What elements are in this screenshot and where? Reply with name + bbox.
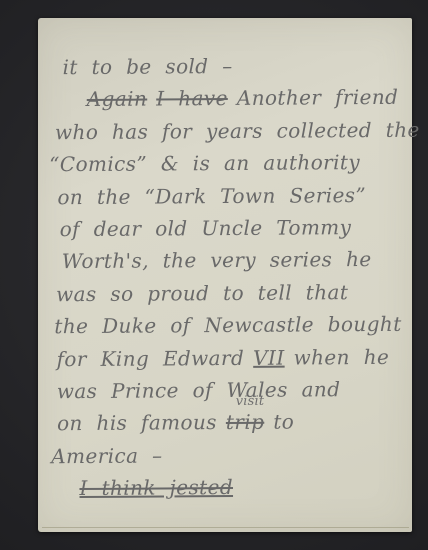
letter-word-segment: when he xyxy=(293,345,389,370)
letter-line: on his famoustripvisitto xyxy=(57,405,407,440)
letter-word-segment: it to be sold – xyxy=(62,54,232,79)
underlined-text: VII xyxy=(253,345,285,369)
inserted-word: visit xyxy=(236,395,265,408)
letter-word-segment: on the “Dark Town Series” xyxy=(57,183,366,209)
struck-text: I have xyxy=(156,86,228,110)
letter-word-segment: America – xyxy=(51,443,162,468)
letter-word-segment: the Duke of Newcastle bought xyxy=(54,312,401,338)
photo-background: it to be sold –AgainI haveAnother friend… xyxy=(0,0,428,550)
struck-text: tripvisit xyxy=(226,410,265,434)
struck-text: Again xyxy=(87,87,148,111)
letter-line: the Duke of Newcastle bought xyxy=(54,308,406,343)
struck-text: I think jested xyxy=(79,475,233,500)
letter-line: “Comics” & is an authority xyxy=(49,146,405,181)
letter-line: of dear old Uncle Tommy xyxy=(60,211,406,246)
photo-canvas: { "photo": { "background_color": "#23232… xyxy=(0,0,428,550)
letter-line: it to be sold – xyxy=(62,49,404,84)
letter-word-segment: “Comics” & is an authority xyxy=(49,150,360,176)
letter-line: Worth's, the very series he xyxy=(62,243,406,278)
letter-line: who has for years collected the xyxy=(55,114,405,149)
letter-word-segment: for King Edward xyxy=(56,346,244,371)
letter-text: it to be sold –AgainI haveAnother friend… xyxy=(48,49,407,505)
letter-word-segment: was Prince of Wales and xyxy=(57,377,341,403)
letter-word-segment: who has for years collected the xyxy=(55,117,420,144)
letter-word-segment: of dear old Uncle Tommy xyxy=(60,215,352,241)
letter-word-segment: Another friend xyxy=(237,85,399,110)
letter-word-segment: was so proud to tell that xyxy=(56,280,348,306)
letter-word-segment: Worth's, the very series he xyxy=(62,247,372,273)
letter-line: AgainI haveAnother friend xyxy=(87,81,405,116)
letter-line: on the “Dark Town Series” xyxy=(57,178,405,213)
letter-word-segment: to xyxy=(273,410,294,434)
letter-page: it to be sold –AgainI haveAnother friend… xyxy=(38,18,412,532)
letter-line: for King EdwardVIIwhen he xyxy=(56,340,406,375)
letter-word-segment: on his famous xyxy=(57,411,217,436)
letter-line: America – xyxy=(51,438,407,473)
letter-line: was so proud to tell that xyxy=(56,276,406,311)
letter-line: was Prince of Wales and xyxy=(57,373,407,408)
letter-line: I think jested xyxy=(79,470,407,505)
